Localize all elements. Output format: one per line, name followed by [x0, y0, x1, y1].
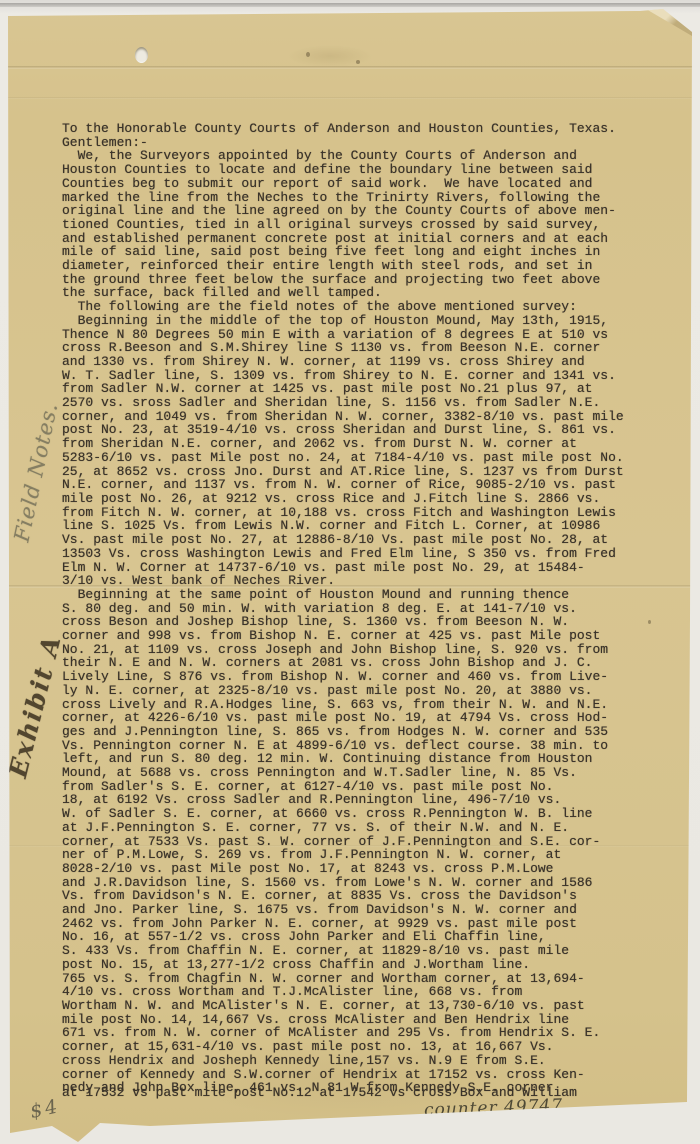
typed-line: The following are the field notes of the… [62, 300, 662, 314]
scanned-document-page: { "colors": { "paper": "#d7c48f", "backg… [0, 0, 700, 1144]
typed-line: cross Lively and R.A.Hodges line, S. 663… [62, 698, 662, 712]
typed-line: ner of P.M.Lowe, S. 269 vs. from J.F.Pen… [62, 848, 662, 862]
typed-line: and established permanent concrete post … [62, 232, 662, 246]
typed-line: 13503 Vs. cross Washington Lewis and Fre… [62, 547, 662, 561]
typed-line: W. T. Sadler line, S. 1309 vs. from Shir… [62, 369, 662, 383]
typed-line: Beginning in the middle of the top of Ho… [62, 314, 662, 328]
typed-line: Houston Counties to locate and define th… [62, 163, 662, 177]
typed-line: mile post No. 14, 14,667 Vs. cross McAli… [62, 1013, 662, 1027]
typed-line: Wortham N. W. and McAlister's N. E. corn… [62, 999, 662, 1013]
typed-line: 3/10 vs. West bank of Neches River. [62, 574, 662, 588]
typed-line: Mound, at 5688 vs. cross Pennington and … [62, 766, 662, 780]
typed-line: Gentlemen:- [62, 136, 662, 150]
typed-line: mile post No. 26, at 9212 vs. cross Rice… [62, 492, 662, 506]
typed-line: from Sadler's S. E. corner, at 6127-4/10… [62, 780, 662, 794]
typed-line: 4/10 vs. cross Wortham and T.J.McAlister… [62, 985, 662, 999]
paper-stain [306, 52, 310, 57]
price-mark: $4 [28, 1095, 62, 1123]
typed-line: and J.R.Davidson line, S. 1560 vs. from … [62, 876, 662, 890]
fold-crease [0, 66, 700, 69]
typed-line: 2570 vs. sross Sadler and Sheridan line,… [62, 396, 662, 410]
typed-line: Vs. past mile post No. 27, at 12886-8/10… [62, 533, 662, 547]
typed-line: post No. 23, at 3519-4/10 vs. cross Sher… [62, 423, 662, 437]
typed-line: and Jno. Parker line, S. 1675 vs. from D… [62, 903, 662, 917]
typed-line: from Fitch N. W. corner, at 10,188 vs. c… [62, 506, 662, 520]
typed-line: 2462 vs. from John Parker N. E. corner, … [62, 917, 662, 931]
typed-line: No. 21, at 1109 vs. cross Joseph and Joh… [62, 643, 662, 657]
typed-line: post No. 15, at 13,277-1/2 cross Chaffin… [62, 958, 662, 972]
typed-line: 765 vs. S. from Chagfin N. W. corner and… [62, 972, 662, 986]
paper-stain [356, 60, 360, 64]
typed-line: corner, at 7533 Vs. past S. W. corner of… [62, 835, 662, 849]
typed-line: 25, at 8652 vs. cross Jno. Durst and AT.… [62, 465, 662, 479]
typed-line: corner, at 4226-6/10 vs. past mile post … [62, 711, 662, 725]
document-paper: To the Honorable County Courts of Anders… [0, 0, 700, 1144]
typed-line: tioned Counties, tied in all original su… [62, 218, 662, 232]
typed-line: cross Hendrix and Josheph Kennedy line,1… [62, 1054, 662, 1068]
typed-line: 671 vs. from N. W. corner of McAlister a… [62, 1026, 662, 1040]
typed-line: 18, at 6192 Vs. cross Sadler and R.Penni… [62, 793, 662, 807]
typed-line: from Sheridan N.E. corner, and 2062 vs. … [62, 437, 662, 451]
typed-line: We, the Surveyors appointed by the Count… [62, 149, 662, 163]
typed-line: left, and run S. 80 deg. 12 min. W. Cont… [62, 752, 662, 766]
typed-line: line S. 1025 Vs. from Lewis N.W. corner … [62, 519, 662, 533]
typed-line: No. 16, at 557-1/2 vs. cross John Parker… [62, 930, 662, 944]
typed-line: 8028-2/10 vs. past Mile post No. 17, at … [62, 862, 662, 876]
typed-line: corner and 998 vs. from Bishop N. E. cor… [62, 629, 662, 643]
typed-line: S. 433 Vs. from Chaffin N. E. corner, at… [62, 944, 662, 958]
typed-line: Beginning at the same point of Houston M… [62, 588, 662, 602]
typed-line: S. 80 deg. and 50 min. W. with variation… [62, 602, 662, 616]
margin-note-field-notes: Field Notes. [10, 400, 63, 544]
typed-line: from Sadler N.W. corner at 1425 vs. past… [62, 382, 662, 396]
folded-corner [646, 9, 692, 36]
typed-line: marked the line from the Neches to the T… [62, 191, 662, 205]
typed-text-block: To the Honorable County Courts of Anders… [62, 122, 662, 1100]
typed-line: diameter, reinforced their entire length… [62, 259, 662, 273]
punch-hole [135, 47, 148, 63]
typed-line: Lively Line, S 876 vs. from Bishop N. W.… [62, 670, 662, 684]
typed-line: Counties beg to submit our report of sai… [62, 177, 662, 191]
typed-line: the surface, back filled and well tamped… [62, 286, 662, 300]
typed-line: corner, at 15,631-4/10 vs. past mile pos… [62, 1040, 662, 1054]
fold-crease [0, 97, 700, 99]
typed-line: 5283-6/10 vs. past Mile post no. 24, at … [62, 451, 662, 465]
typed-line: their N. E and N. W. corners at 2081 vs.… [62, 656, 662, 670]
typed-line: the ground three feet below the surface … [62, 273, 662, 287]
margin-note-exhibit-a: Exhibit A [3, 632, 67, 781]
typed-line: cross R.Beeson and S.M.Shirey line S 113… [62, 341, 662, 355]
typed-line: cross Beson and Joshep Bishop line, S. 1… [62, 615, 662, 629]
typed-line: Elm N. W. Corner at 14737-6/10 vs. past … [62, 561, 662, 575]
typed-line: at J.F.Pennington S. E. corner, 77 vs. S… [62, 821, 662, 835]
typed-line: corner, and 1049 vs. from Sheridan N. W.… [62, 410, 662, 424]
typed-line: and 1330 vs. from Shirey N. W. corner, a… [62, 355, 662, 369]
counter-note: counter 49747 [424, 1096, 564, 1121]
typed-line: mile of said line, said post being five … [62, 245, 662, 259]
typed-line: To the Honorable County Courts of Anders… [62, 122, 662, 136]
typed-line: Vs. from Davidson's N. E. corner, at 883… [62, 889, 662, 903]
typed-line: at 17532 vs past mile post No.12 at 1754… [62, 1086, 662, 1100]
typed-line: Thence N 80 Degrees 50 min E with a vari… [62, 328, 662, 342]
typed-line: W. of Sadler S. E. corner, at 6660 vs. c… [62, 807, 662, 821]
typed-line: corner of Kennedy and S.W.corner of Hend… [62, 1068, 662, 1082]
typed-line: original line and the line agreed on by … [62, 204, 662, 218]
typed-line: N.E. corner, and 1137 vs. from N. W. cor… [62, 478, 662, 492]
typed-line: ges and J.Pennington line, S. 865 vs. fr… [62, 725, 662, 739]
typed-line: ly N. E. corner, at 2325-8/10 vs. past m… [62, 684, 662, 698]
typed-line: Vs. Pennington corner N. E at 4899-6/10 … [62, 739, 662, 753]
sleeve-edge-line [0, 3, 700, 7]
